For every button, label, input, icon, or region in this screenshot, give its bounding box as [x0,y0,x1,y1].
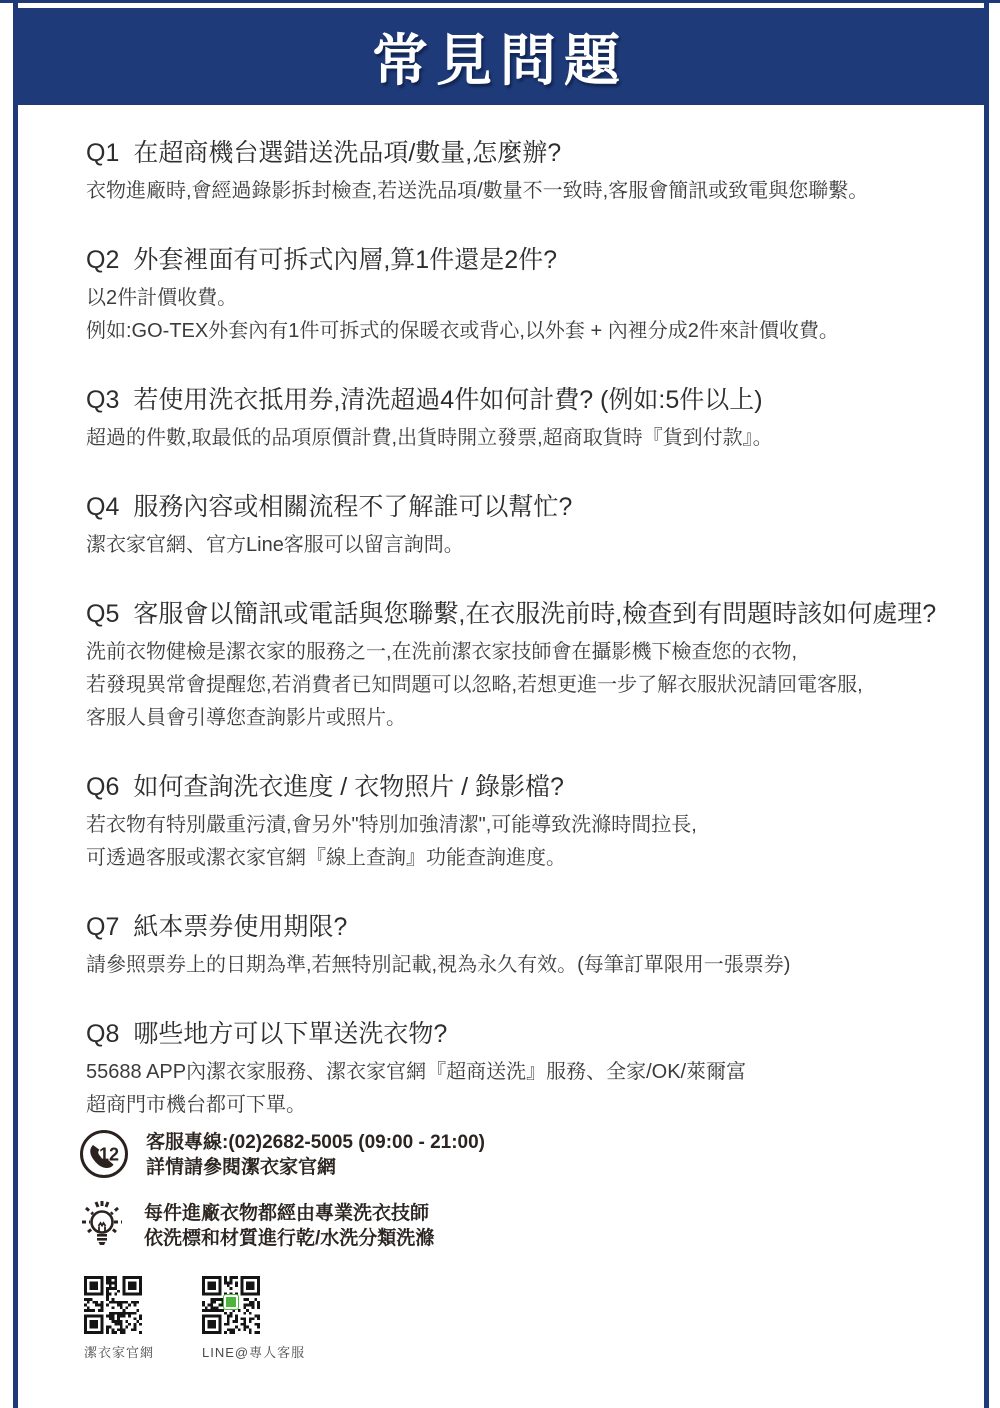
faq-question: Q8哪些地方可以下單送洗衣物? [86,1018,970,1050]
question-text: 紙本票券使用期限? [133,913,347,941]
faq-answer: 超過的件數,取最低的品項原價計費,出貨時開立發票,超商取貨時『貨到付款』。 [86,422,970,455]
page-border-top [0,0,1000,3]
faq-item-q5: Q5客服會以簡訊或電話與您聯繫,在衣服洗前時,檢查到有問題時該如何處理? 洗前衣… [86,598,970,735]
faq-section: Q1在超商機台選錯送洗品項/數量,怎麼辦? 衣物進廠時,會經過錄影拆封檢查,若送… [86,137,970,1158]
question-id: Q5 [86,600,119,628]
washing-tip: 每件進廠衣物都經由專業洗衣技師 依洗標和材質進行乾/水洗分類洗滌 [74,1196,970,1252]
question-text: 若使用洗衣抵用券,清洗超過4件如何計費? (例如:5件以上) [133,386,762,414]
faq-question: Q6如何查詢洗衣進度 / 衣物照片 / 錄影檔? [86,771,970,803]
faq-answer: 洗前衣物健檢是潔衣家的服務之一,在洗前潔衣家技師會在攝影機下檢查您的衣物, [86,636,970,669]
faq-answer: 客服人員會引導您查詢影片或照片。 [86,702,970,735]
question-text: 哪些地方可以下單送洗衣物? [133,1020,447,1048]
question-text: 外套裡面有可拆式內層,算1件還是2件? [133,246,557,274]
faq-question: Q7紙本票券使用期限? [86,911,970,943]
question-id: Q2 [86,246,119,274]
faq-answer: 例如:GO-TEX外套內有1件可拆式的保暖衣或背心,以外套 + 內裡分成2件來計… [86,315,970,348]
faq-item-q7: Q7紙本票券使用期限? 請參照票券上的日期為準,若無特別記載,視為永久有效。(每… [86,911,970,982]
faq-answer: 若發現異常會提醒您,若消費者已知問題可以忽略,若想更進一步了解衣服狀況請回電客服… [86,669,970,702]
faq-question: Q2外套裡面有可拆式內層,算1件還是2件? [86,244,970,276]
tip-line-1: 每件進廠衣物都經由專業洗衣技師 [144,1201,434,1226]
qr-line-block: LINE@專人客服 [202,1276,305,1361]
contact-text: 客服專線:(02)2682-5005 (09:00 - 21:00) 詳情請參閱… [146,1128,485,1180]
customer-service-contact: 12 客服專線:(02)2682-5005 (09:00 - 21:00) 詳情… [78,1128,970,1180]
faq-question: Q1在超商機台選錯送洗品項/數量,怎麼辦? [86,137,970,169]
lightbulb-icon [74,1196,130,1252]
question-text: 服務內容或相關流程不了解誰可以幫忙? [133,493,572,521]
contact-line-2: 詳情請參閱潔衣家官網 [146,1155,485,1180]
qr-website-block: 潔衣家官網 [84,1276,154,1361]
phone-icon-number: 12 [99,1145,119,1165]
faq-answer: 可透過客服或潔衣家官網『線上查詢』功能查詢進度。 [86,842,970,875]
qr-row: 潔衣家官網 LINE@專人客服 [84,1276,970,1361]
faq-answer: 以2件計價收費。 [86,282,970,315]
contact-line-1: 客服專線:(02)2682-5005 (09:00 - 21:00) [146,1130,485,1155]
faq-answer: 超商門市機台都可下單。 [86,1089,970,1122]
header-band: 常見問題 [15,8,985,105]
phone-12-icon: 12 [78,1128,130,1180]
question-id: Q8 [86,1020,119,1048]
tip-text: 每件進廠衣物都經由專業洗衣技師 依洗標和材質進行乾/水洗分類洗滌 [144,1196,434,1251]
faq-item-q3: Q3若使用洗衣抵用券,清洗超過4件如何計費? (例如:5件以上) 超過的件數,取… [86,384,970,455]
page-border-right [984,0,989,1408]
page-border-left [13,0,18,1408]
faq-answer: 請參照票券上的日期為準,若無特別記載,視為永久有效。(每筆訂單限用一張票券) [86,949,970,982]
faq-question: Q5客服會以簡訊或電話與您聯繫,在衣服洗前時,檢查到有問題時該如何處理? [86,598,970,630]
faq-answer: 潔衣家官網、官方Line客服可以留言詢問。 [86,529,970,562]
tip-line-2: 依洗標和材質進行乾/水洗分類洗滌 [144,1226,434,1251]
question-id: Q3 [86,386,119,414]
question-id: Q1 [86,139,119,167]
page-title: 常見問題 [372,17,628,97]
line-logo-badge [224,1295,238,1309]
qr-website-label: 潔衣家官網 [84,1342,154,1361]
faq-answer: 衣物進廠時,會經過錄影拆封檢查,若送洗品項/數量不一致時,客服會簡訊或致電與您聯… [86,175,970,208]
faq-item-q6: Q6如何查詢洗衣進度 / 衣物照片 / 錄影檔? 若衣物有特別嚴重污漬,會另外"… [86,771,970,875]
qr-code-line-icon [202,1276,260,1334]
qr-code-website-icon [84,1276,142,1334]
question-id: Q6 [86,773,119,801]
question-id: Q4 [86,493,119,521]
question-text: 在超商機台選錯送洗品項/數量,怎麼辦? [133,139,561,167]
faq-answer: 55688 APP內潔衣家服務、潔衣家官網『超商送洗』服務、全家/OK/萊爾富 [86,1056,970,1089]
faq-answer: 若衣物有特別嚴重污漬,會另外"特別加強清潔",可能導致洗滌時間拉長, [86,809,970,842]
faq-item-q1: Q1在超商機台選錯送洗品項/數量,怎麼辦? 衣物進廠時,會經過錄影拆封檢查,若送… [86,137,970,208]
faq-item-q4: Q4服務內容或相關流程不了解誰可以幫忙? 潔衣家官網、官方Line客服可以留言詢… [86,491,970,562]
question-text: 如何查詢洗衣進度 / 衣物照片 / 錄影檔? [133,773,564,801]
question-id: Q7 [86,913,119,941]
question-text: 客服會以簡訊或電話與您聯繫,在衣服洗前時,檢查到有問題時該如何處理? [133,600,936,628]
faq-item-q8: Q8哪些地方可以下單送洗衣物? 55688 APP內潔衣家服務、潔衣家官網『超商… [86,1018,970,1122]
qr-line-label: LINE@專人客服 [202,1342,305,1361]
faq-item-q2: Q2外套裡面有可拆式內層,算1件還是2件? 以2件計價收費。 例如:GO-TEX… [86,244,970,348]
faq-question: Q3若使用洗衣抵用券,清洗超過4件如何計費? (例如:5件以上) [86,384,970,416]
faq-question: Q4服務內容或相關流程不了解誰可以幫忙? [86,491,970,523]
footer: 12 客服專線:(02)2682-5005 (09:00 - 21:00) 詳情… [78,1128,970,1361]
